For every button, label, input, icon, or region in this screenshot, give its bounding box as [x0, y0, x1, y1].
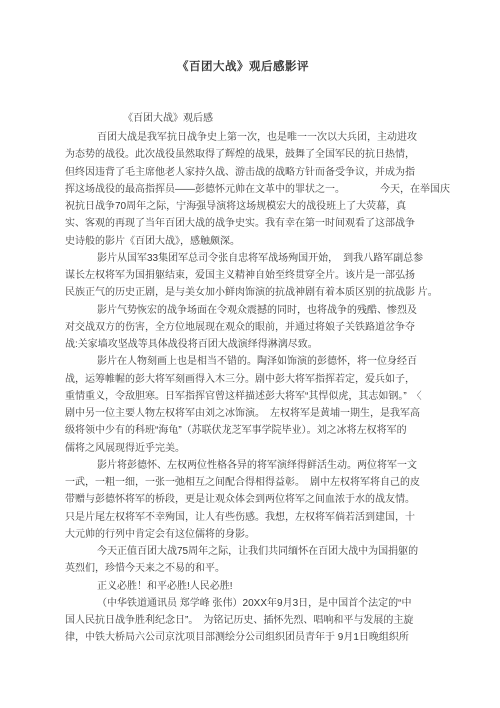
- body-line: 今天正值百团大战75周年之际，让我们共同缅怀在百团大战中为国捐躯的: [65, 543, 417, 560]
- body-line: 谋长左权将军为国捐躯结束，爱国主义精神自始至终贯穿全片。该片是一部弘扬: [65, 267, 417, 284]
- page-title: 《百团大战》观后感影评: [0, 58, 486, 74]
- body-line: 只是片尾左权将军不幸殉国，让人有些伤感。我想，左权将军倘若活到建国，十: [65, 509, 417, 526]
- body-text: 百团大战是我军抗日战争史上第一次，也是唯一一次以大兵团，主动进攻为态势的战役。此…: [65, 129, 417, 647]
- body-line: 民族正气的历史正剧，是与美女加小鲜肉饰演的抗战神剧有着本质区别的抗战影 片。: [65, 284, 417, 301]
- body-line: 为态势的战役。此次战役虽然取得了辉煌的战果，鼓舞了全国军民的抗日热情，: [65, 146, 417, 163]
- document-body: 《百团大战》观后感 百团大战是我军抗日战争史上第一次，也是唯一一次以大兵团，主动…: [65, 110, 417, 647]
- document-page: 《百团大战》观后感影评 《百团大战》观后感 百团大战是我军抗日战争史上第一次，也…: [0, 0, 500, 708]
- body-line: 重情重义，令敌胆寒。日军指挥官曾这样描述彭大将军“其悍似虎，其志如钢。” 〈: [65, 388, 417, 405]
- body-line: 律，中铁大桥局六公司京沈项目部测绘分公司组织团员青年于 9月1日晚组织所: [65, 629, 417, 646]
- body-line: 实、客观的再现了当年百团大战的战争史实。我有幸在第一时间观看了这部战争: [65, 215, 417, 232]
- body-line: 影片在人物刻画上也是相当不错的。陶泽如饰演的彭德怀，将一位身经百: [65, 353, 417, 370]
- body-line: 对交战双方的伤害，全方位地展现在观众的眼前，并通过将娘子关铁路道岔争夺: [65, 319, 417, 336]
- body-line: （中华铁道通讯员 郑学峰 张伟）20XX年9月3日，是中国首个法定的“中: [65, 595, 417, 612]
- body-line: 史诗般的影片《百团大战》，感触颇深。: [65, 233, 417, 250]
- body-line: 但终因违背了毛主席他老人家持久战、游击战的战略方针而备受争议，并成为指: [65, 164, 417, 181]
- section-heading: 《百团大战》观后感: [123, 110, 417, 129]
- body-line: 影片从国军33集团军总司令张自忠将军战场殉国开始， 到我八路军副总参: [65, 250, 417, 267]
- body-line: 大元帅的行列中肯定会有这位儒将的身影。: [65, 526, 417, 543]
- body-line: 带赠与彭德怀将军的桥段，更是让观众体会到两位将军之间血浓于水的战友情。: [65, 491, 417, 508]
- body-line: 英烈们，珍惜今天来之不易的和平。: [65, 560, 417, 577]
- body-line: 正义必胜！和平必胜!人民必胜!: [65, 578, 417, 595]
- body-line: 战，运筹帷幄的彭大将军刻画得入木三分。剧中彭大将军指挥若定，爱兵如子，: [65, 371, 417, 388]
- body-line: 战:关家墙攻坚战等具体战役将百团大战演绎得淋漓尽致。: [65, 336, 417, 353]
- body-line: 影片气势恢宏的战争场面在令观众震撼的同时，也将战争的残酷、惨烈及: [65, 302, 417, 319]
- body-line: 影片将彭德怀、左权两位性格各异的将军演绎得鲜活生动。两位将军一文: [65, 457, 417, 474]
- body-line: 级将领中少有的科班“海龟”（苏联伏龙芝军事学院毕业）。刘之冰将左权将军的: [65, 422, 417, 439]
- body-line: 国人民抗日战争胜利纪念日”。 为铭记历史、插怀先烈、唱响和平与发展的主旋: [65, 612, 417, 629]
- body-line: 剧中另一位主要人物左权将军由刘之冰饰演。 左权将军是黄埔一期生，是我军高: [65, 405, 417, 422]
- body-line: 百团大战是我军抗日战争史上第一次，也是唯一一次以大兵团，主动进攻: [65, 129, 417, 146]
- body-line: 挥这场战役的最高指挥员——彭德怀元帅在文革中的罪状之一。 今天，在举国庆: [65, 181, 417, 198]
- body-line: 一武，一粗一细，一张一弛相互之间配合得相得益彰。 剧中左权将军将自己的皮: [65, 474, 417, 491]
- body-line: 儒将之风展现得近乎完美。: [65, 440, 417, 457]
- body-line: 祝抗日战争70周年之际，宁海强导演将这场规模宏大的战役班上了大荧幕，真: [65, 198, 417, 215]
